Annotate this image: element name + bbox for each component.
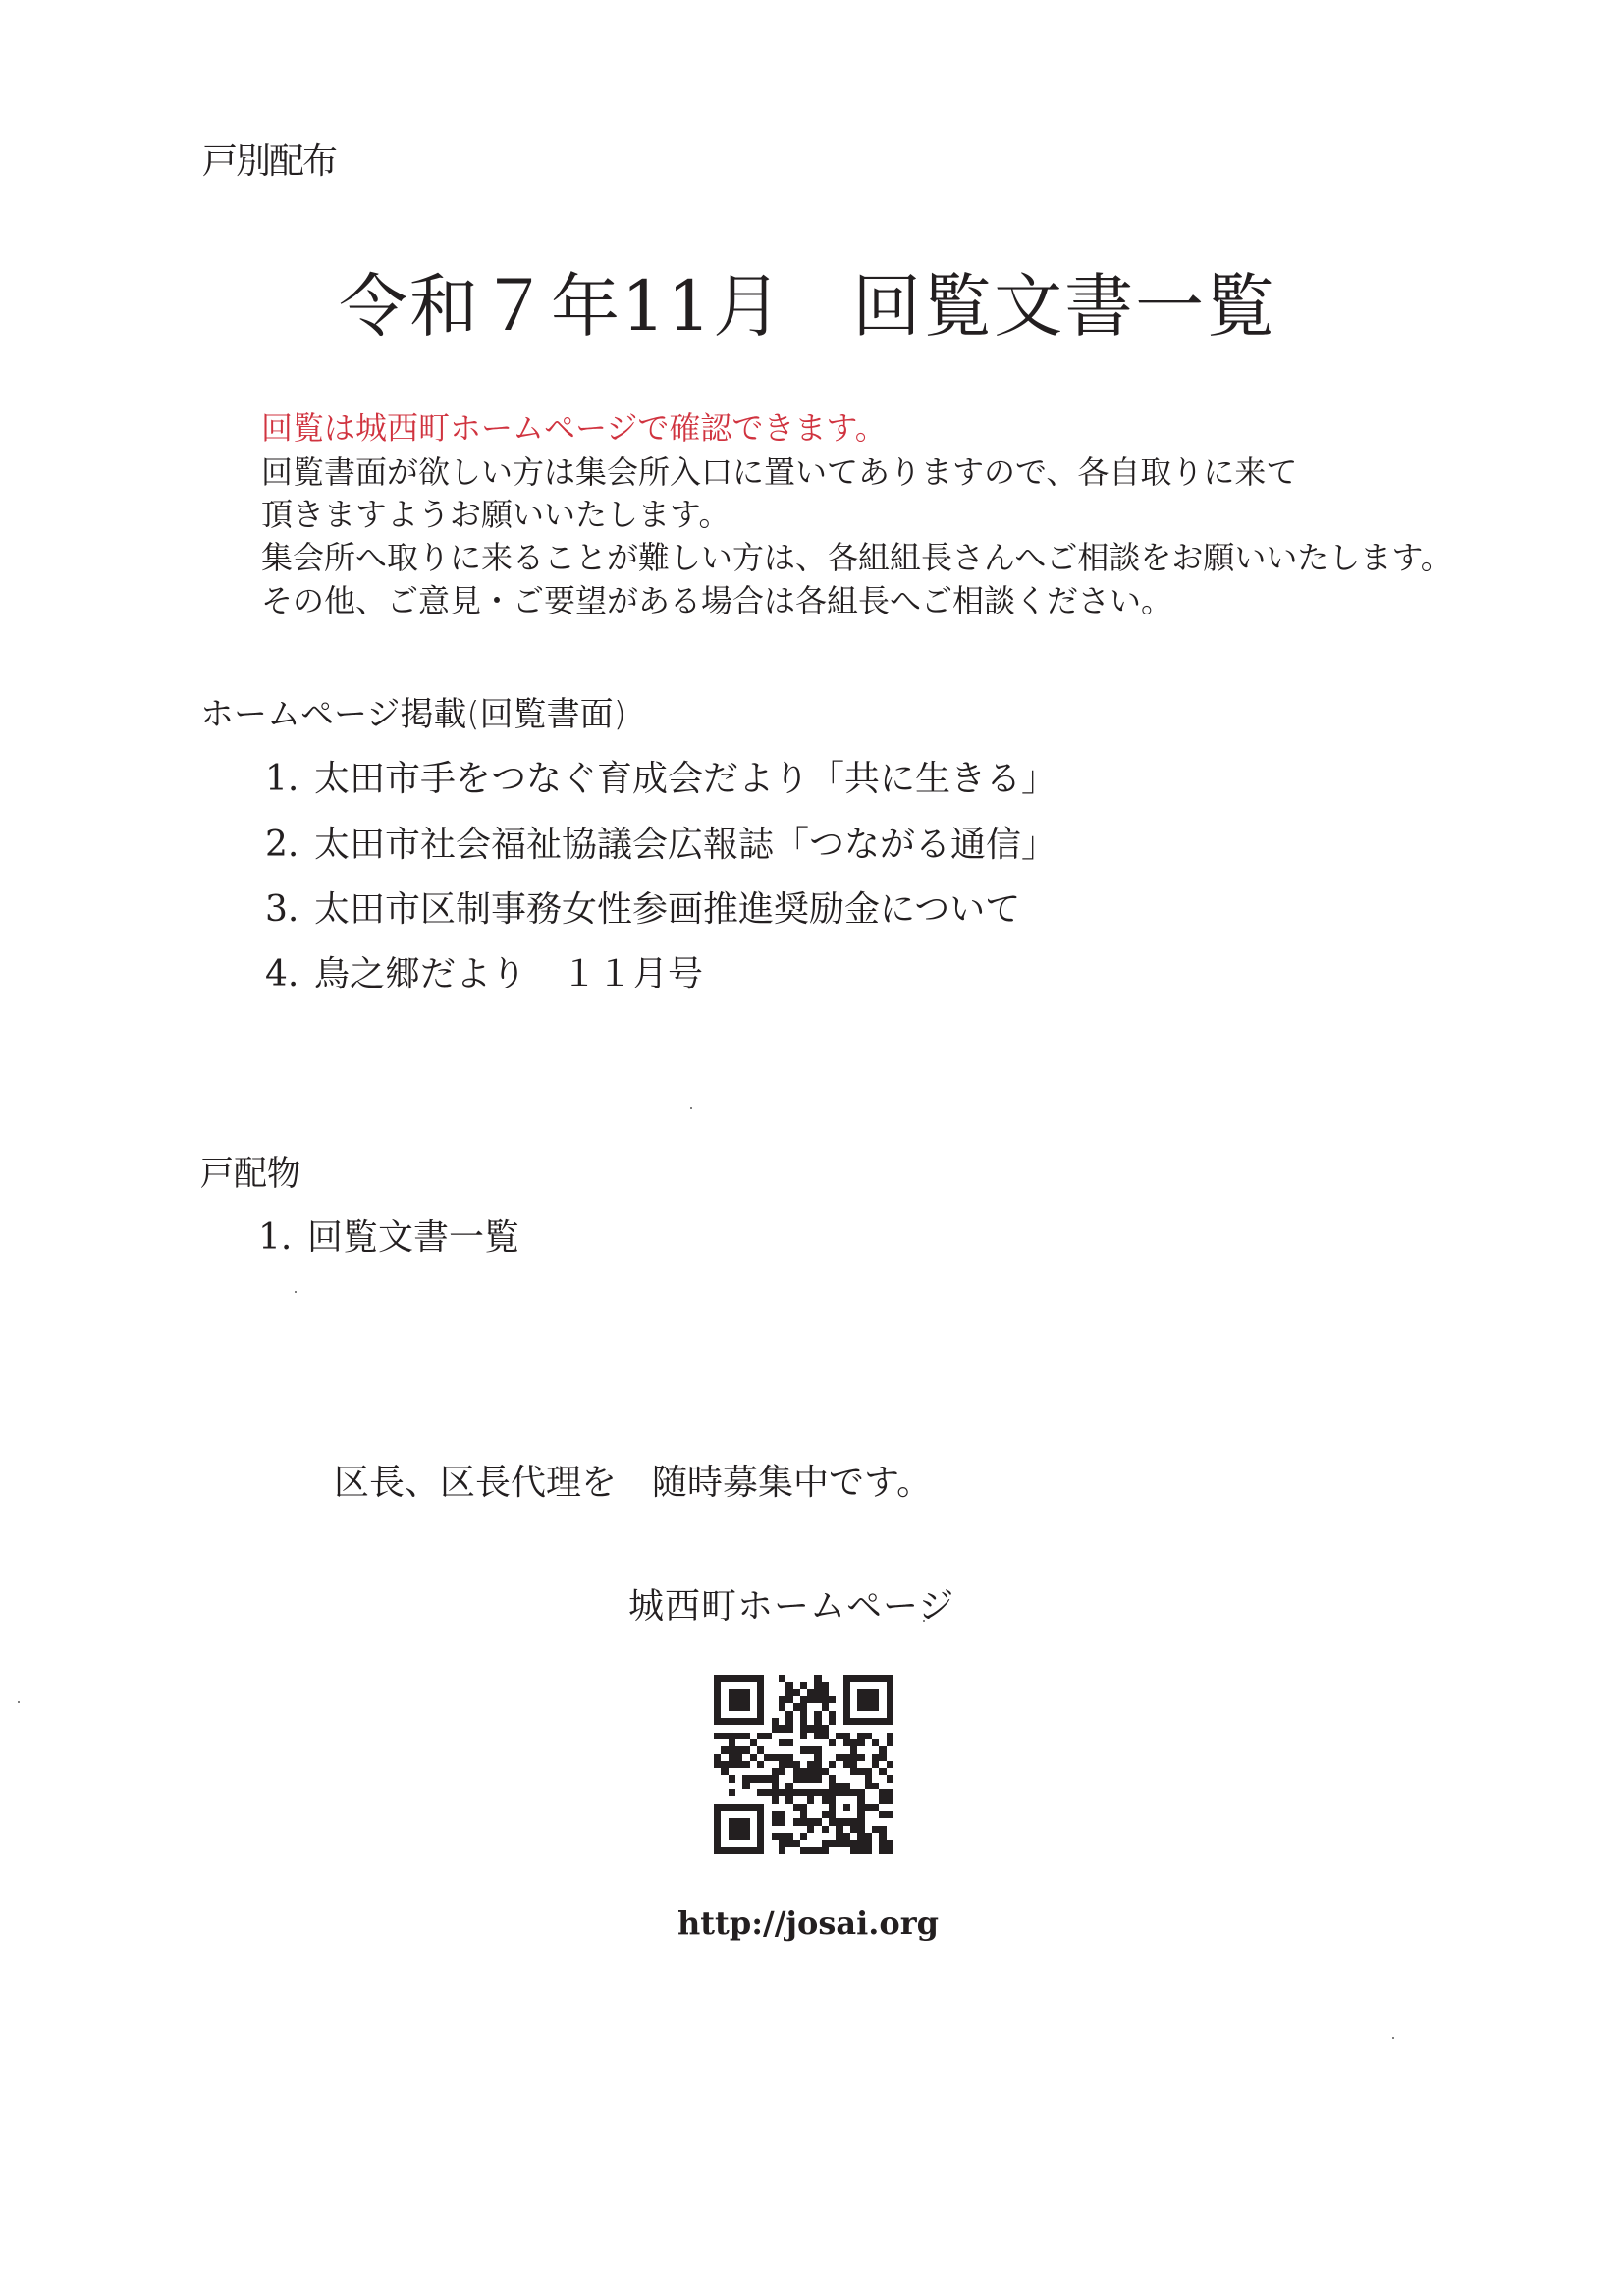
scan-speck [295,1291,297,1293]
notice-line: その他、ご意見・ご要望がある場合は各組長へご相談ください。 [261,585,1172,616]
list-item: 1.回覧文書一覧 [258,1209,519,1259]
homepage-url: http://josai.org [677,1904,939,1942]
page-title: 令和７年11月回覧文書一覧 [339,251,1276,350]
scan-speck [923,1620,925,1622]
homepage-section-heading: ホームページ掲載(回覧書面) [200,687,626,735]
recruitment-notice: 区長、区長代理を 随時募集中です。 [334,1455,932,1505]
scan-speck [690,1107,692,1109]
list-item: 1.太田市手をつなぐ育成会だより「共に生きる」 [265,751,1056,801]
notice-line: 集会所へ取りに来ることが難しい方は、各組組長さんへご相談をお願いいたします。 [261,542,1452,573]
list-item: 4.鳥之郷だより １１月号 [265,946,703,996]
title-date: 令和７年11月 [339,266,784,347]
homepage-label: 城西町ホームページ [628,1578,954,1629]
distribution-label: 戸別配布 [202,133,336,184]
title-subject: 回覧文書一覧 [852,266,1276,347]
list-item: 2.太田市社会福祉協議会広報誌「つながる通信」 [265,817,1056,867]
notice-homepage-line: 回覧は城西町ホームページで確認できます。 [261,412,887,444]
list-item: 3.太田市区制事務女性参画推進奨励金について [265,881,1020,932]
qr-code-icon [714,1675,893,1854]
notice-line: 頂きますようお願いいたします。 [261,499,730,530]
notice-line: 回覧書面が欲しい方は集会所入口に置いてありますので、各自取りに来て [261,456,1297,488]
scan-speck [18,1701,20,1703]
scan-speck [1392,2037,1394,2039]
household-section-heading: 戸配物 [200,1147,300,1195]
